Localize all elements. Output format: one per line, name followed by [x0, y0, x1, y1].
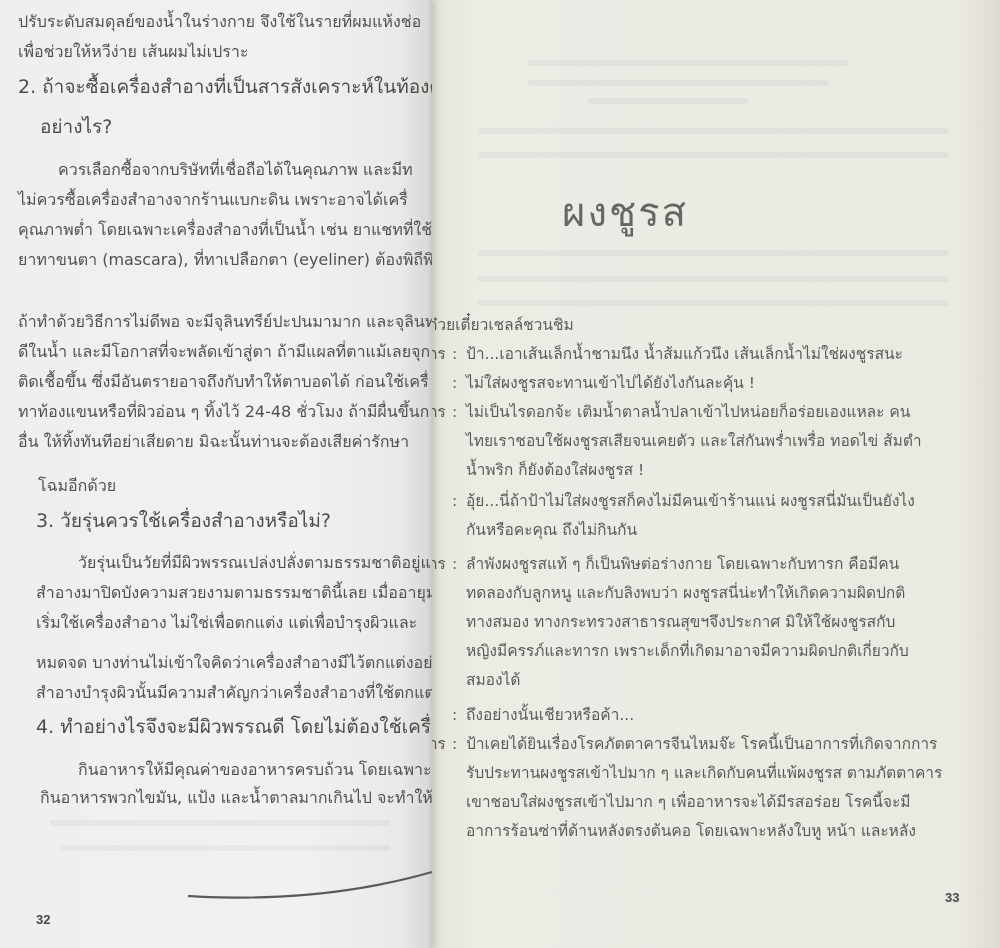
dialogue-line: รับประทานผงชูรสเข้าไปมาก ๆ และเกิดกับคนท…	[466, 766, 942, 782]
page-number-right: 33	[945, 890, 959, 905]
colon: :	[452, 376, 457, 392]
question-heading: อย่างไร?	[40, 118, 112, 137]
dialogue-line: ไม่ใส่ผงชูรสจะทานเข้าไปได้ยังไงกันละคุ้น…	[466, 376, 755, 392]
colon: :	[452, 557, 457, 573]
dialogue-line: เขาชอบใส่ผงชูรสเข้าไปมาก ๆ เพื่ออาหารจะไ…	[466, 795, 911, 811]
show-through-text	[50, 820, 390, 826]
body-line: กินอาหารให้มีคุณค่าของอาหารครบถ้วน โดยเฉ…	[78, 762, 432, 778]
show-through-text	[528, 60, 848, 66]
body-line: โฉมอีกด้วย	[38, 478, 116, 494]
dialogue-line: กันหรือคะคุณ ถึงไม่กินกัน	[466, 523, 637, 539]
body-line: เริ่มใช้เครื่องสำอาง ไม่ใช่เพื่อตกแต่ง แ…	[36, 615, 417, 631]
body-line: ดีในน้ำ และมีโอกาสที่จะพลัดเข้าสู่ตา ถ้า…	[18, 344, 430, 360]
dialogue-line: อุ้ย...นี่ถ้าป้าไม่ใส่ผงชูรสก็คงไม่มีคนเ…	[466, 494, 915, 510]
dialogue-line: ป้า...เอาเส้นเล็กน้ำชามนึง น้ำส้มแก้วนึง…	[466, 347, 903, 363]
dialogue-line: สมองได้	[466, 673, 520, 689]
body-line: สำอางมาปิดบังความสวยงามตามธรรมชาตินี้เลย…	[36, 585, 432, 601]
colon: :	[452, 347, 457, 363]
dialogue-line: หญิงมีครรภ์และทารก เพราะเด็กที่เกิดมาอาจ…	[466, 644, 909, 660]
show-through-text	[478, 250, 948, 256]
body-line: ปรับระดับสมดุลย์ของน้ำในร่างกาย จึงใช้ใน…	[18, 14, 421, 30]
body-line: กินอาหารพวกไขมัน, แป้ง และน้ำตาลมากเกินไ…	[40, 790, 432, 806]
body-line: เพื่อช่วยให้หวีง่าย เส้นผมไม่เปราะ	[18, 44, 248, 60]
colon: :	[452, 494, 457, 510]
dialogue-line: ทดลองกับลูกหนู และกับลิงพบว่า ผงชูรสนี่น…	[466, 586, 905, 602]
body-line: วัยรุ่นเป็นวัยที่มีผิวพรรณเปล่งปลั่งตามธ…	[78, 555, 432, 571]
show-through-text	[478, 152, 948, 158]
question-heading: 4. ทำอย่างไรจึงจะมีผิวพรรณดี โดยไม่ต้องใ…	[36, 718, 432, 737]
dialogue-line: ลำพังผงชูรสแท้ ๆ ก็เป็นพิษต่อร่างกาย โดย…	[466, 557, 899, 573]
page-number-left: 32	[36, 912, 50, 927]
question-heading: 2. ถ้าจะซื้อเครื่องสำอางที่เป็นสารสังเคร…	[18, 78, 432, 97]
dialogue-line: ไม่เป็นไรดอกจ้ะ เติมน้ำตาลน้ำปลาเข้าไปหน…	[466, 405, 910, 421]
show-through-text	[478, 128, 948, 134]
dialogue-line: ป้าเคยได้ยินเรื่องโรคภัตตาคารจีนไหมจ๊ะ โ…	[466, 737, 937, 753]
body-line: ไม่ควรซื้อเครื่องสำอางจากร้านแบกะดิน เพร…	[18, 192, 408, 208]
question-heading: 3. วัยรุ่นควรใช้เครื่องสำอางหรือไม่?	[36, 512, 331, 531]
dialogue-line: อาการร้อนซ่าที่ด้านหลังตรงต้นคอ โดยเฉพาะ…	[466, 824, 916, 840]
scene-heading: ก๋วยเตี๋ยวเชลล์ชวนชิม	[428, 318, 574, 334]
dialogue-line: ถึงอย่างนั้นเชียวหรือค้า...	[466, 708, 634, 724]
decorative-curve-line	[180, 868, 440, 908]
body-line: ถ้าทำด้วยวิธีการไม่ดีพอ จะมีจุลินทรีย์ปะ…	[18, 314, 432, 330]
colon: :	[452, 737, 457, 753]
body-line: สำอางบำรุงผิวนั้นมีความสำคัญกว่าเครื่องส…	[36, 685, 432, 701]
body-line: อื่น ให้ทิ้งทันทีอย่าเสียดาย มิฉะนั้นท่า…	[18, 434, 409, 450]
body-line: ติดเชื้อขึ้น ซึ่งมีอันตรายอาจถึงกับทำให้…	[18, 374, 429, 390]
body-line: ทาท้องแขนหรือที่ผิวอ่อน ๆ ทิ้งไว้ 24-48 …	[18, 404, 429, 420]
dialogue-line: ไทยเราชอบใช้ผงชูรสเสียจนเคยตัว และใส่กัน…	[466, 434, 922, 450]
body-line: หมดจด บางท่านไม่เข้าใจคิดว่าเครื่องสำอาง…	[36, 655, 432, 671]
body-line: ยาทาขนตา (mascara), ที่ทาเปลือกตา (eyeli…	[18, 252, 432, 268]
colon: :	[452, 405, 457, 421]
dialogue-line: ทางสมอง ทางกระทรวงสาธารณสุขฯจึงประกาศ มิ…	[466, 615, 895, 631]
show-through-text	[588, 98, 748, 104]
colon: :	[452, 708, 457, 724]
show-through-text	[528, 80, 828, 86]
dialogue-line: น้ำพริก ก็ยังต้องใส่ผงชูรส !	[466, 463, 644, 479]
chapter-title: ผงชูรส	[562, 180, 688, 244]
show-through-text	[478, 276, 948, 282]
body-line: ควรเลือกซื้อจากบริษัทที่เชื่อถือได้ในคุณ…	[58, 162, 413, 178]
left-page: ปรับระดับสมดุลย์ของน้ำในร่างกาย จึงใช้ใน…	[0, 0, 432, 948]
show-through-text	[478, 300, 948, 306]
show-through-text	[60, 845, 390, 851]
body-line: คุณภาพต่ำ โดยเฉพาะเครื่องสำอางที่เป็นน้ำ…	[18, 222, 432, 238]
